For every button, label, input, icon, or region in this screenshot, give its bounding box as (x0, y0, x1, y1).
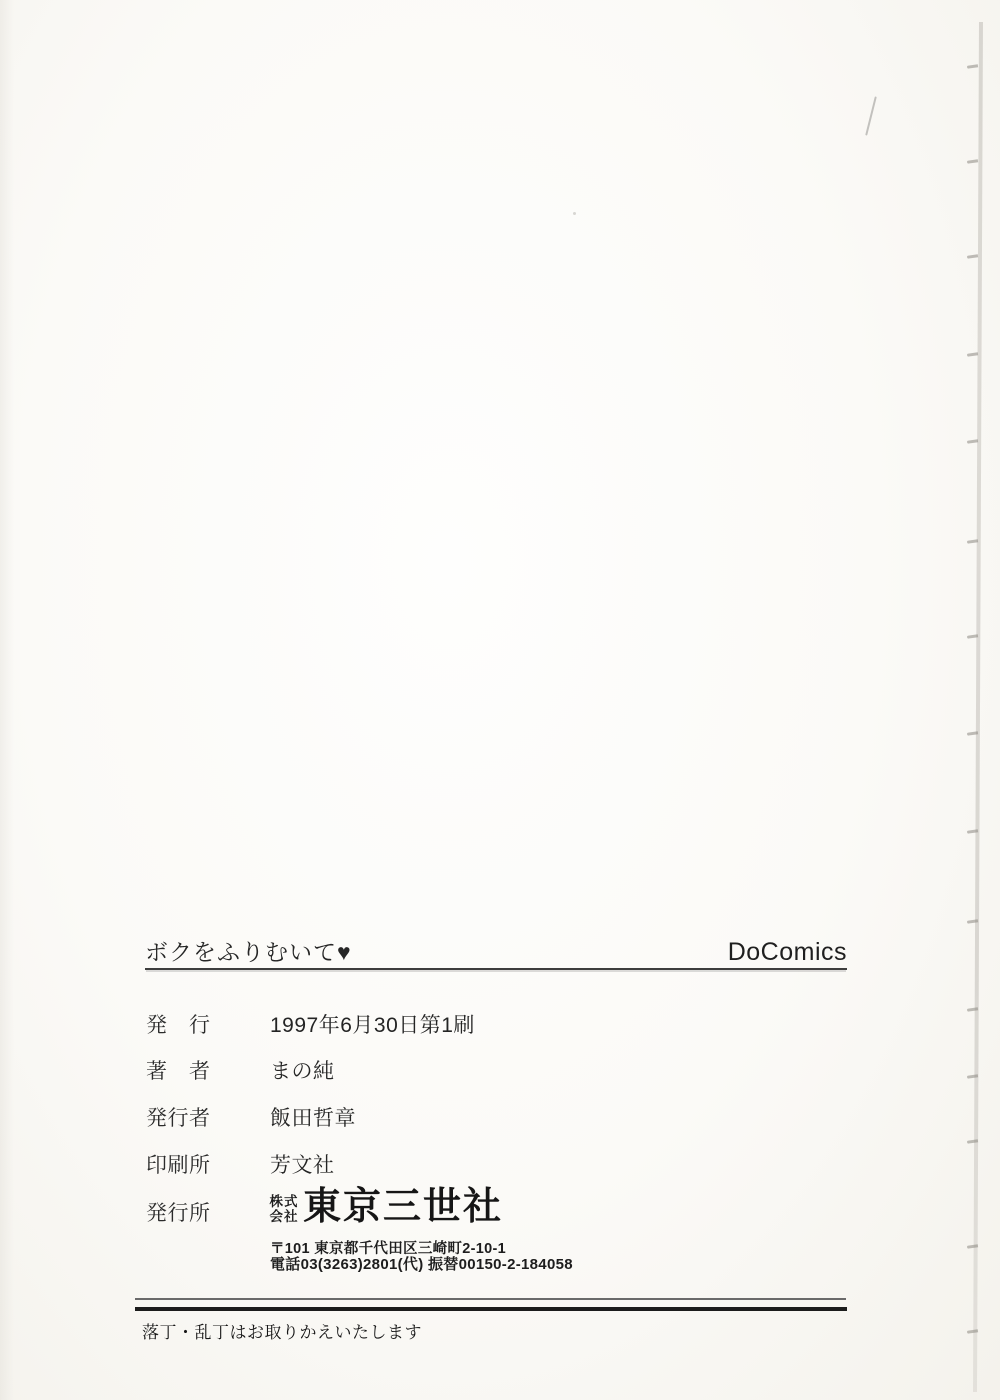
colophon-value-publication-date: 1997年6月30日第1刷 (270, 1009, 475, 1039)
divider-rule-thin (135, 1298, 846, 1300)
publisher-name: 東京三世社 (303, 1188, 503, 1226)
scanned-colophon-page: ボクをふりむいて♥ DoComics 発 行 1997年6月30日第1刷 著 者… (0, 0, 1000, 1400)
page-edge-tick (967, 352, 978, 357)
page-edge-tick (967, 159, 978, 164)
colophon-label-printer: 印刷所 (146, 1149, 211, 1179)
colophon-label-publication: 発 行 (146, 1009, 211, 1039)
corporate-prefix-line2: 会社 (270, 1209, 299, 1224)
publisher-address-block: 〒101 東京都千代田区三崎町2-10-1 電話03(3263)2801(代) … (270, 1241, 573, 1273)
corporate-prefix: 株式会社 (268, 1194, 300, 1224)
colophon-value-author: まの純 (270, 1055, 335, 1085)
divider-rule-thick (135, 1307, 847, 1311)
header-rule-row: ボクをふりむいて♥ DoComics (145, 940, 847, 970)
colophon-value-printer: 芳文社 (270, 1149, 335, 1179)
publisher-phone-transfer: 電話03(3263)2801(代) 振替00150-2-184058 (270, 1257, 573, 1273)
dust-speck (573, 212, 576, 215)
publisher-postal-address: 〒101 東京都千代田区三崎町2-10-1 (270, 1241, 573, 1257)
colophon-label-publisher: 発行所 (146, 1197, 211, 1227)
page-edge-artifact (973, 22, 983, 1392)
colophon-label-issuer: 発行者 (146, 1102, 211, 1132)
footer-defect-note: 落丁・乱丁はお取りかえいたします (142, 1318, 422, 1343)
corporate-prefix-line1: 株式 (270, 1194, 299, 1209)
scratch-mark (865, 96, 877, 135)
page-edge-tick (967, 254, 978, 259)
colophon-value-issuer: 飯田哲章 (270, 1102, 356, 1132)
page-edge-tick (967, 64, 978, 69)
docomics-brand-logo: DoComics (728, 940, 847, 965)
book-title: ボクをふりむいて♥ (145, 940, 352, 965)
colophon-label-author: 著 者 (146, 1055, 211, 1085)
